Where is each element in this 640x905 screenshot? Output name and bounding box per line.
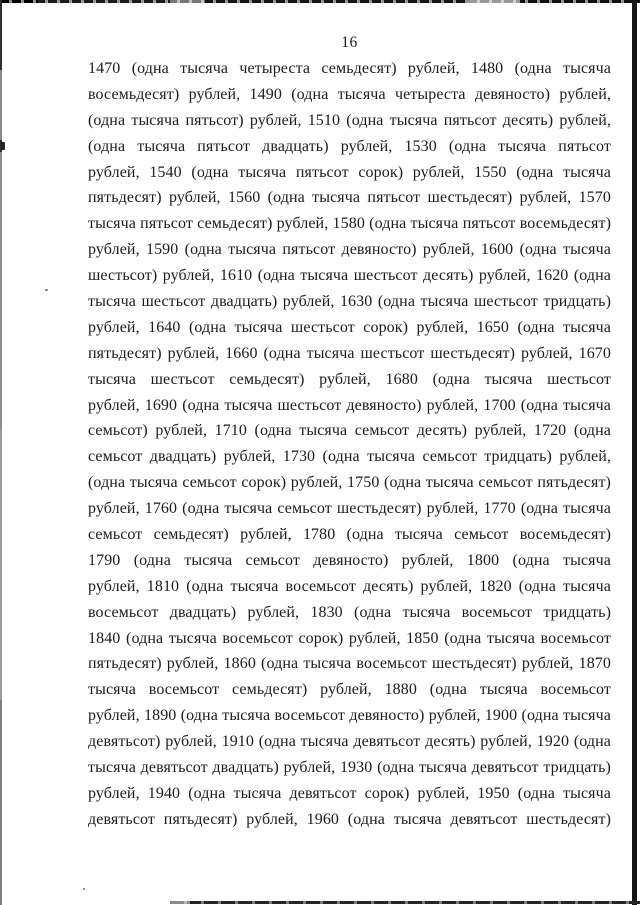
text-line: семьсот семьдесят) рублей, 1780 (одна ты…: [88, 522, 611, 548]
document-page: 16 1470 (одна тысяча четыреста семьдесят…: [0, 0, 640, 905]
scan-blemish: [0, 142, 5, 150]
text-line: рублей, 1540 (одна тысяча пятьсот сорок)…: [88, 160, 611, 186]
text-line: пятьдесят) рублей, 1560 (одна тысяча пят…: [88, 185, 611, 211]
text-line: семьсот двадцать) рублей, 1730 (одна тыс…: [88, 444, 611, 470]
text-line: пятьдесят) рублей, 1660 (одна тысяча шес…: [88, 341, 611, 367]
body-text: 1470 (одна тысяча четыреста семьдесят) р…: [88, 56, 611, 833]
text-line: (одна тысяча семьсот сорок) рублей, 1750…: [88, 470, 611, 496]
text-line: тысяча шестьсот семьдесят) рублей, 1680 …: [88, 367, 611, 393]
scan-speck: [45, 289, 48, 291]
text-line: рублей, 1890 (одна тысяча восемьсот девя…: [88, 703, 611, 729]
text-line: 1840 (одна тысяча восемьсот сорок) рубле…: [88, 626, 611, 652]
text-line: рублей, 1690 (одна тысяча шестьсот девян…: [88, 393, 611, 419]
text-line: тысяча шестьсот двадцать) рублей, 1630 (…: [88, 289, 611, 315]
text-line: пятьдесят) рублей, 1860 (одна тысяча вос…: [88, 651, 611, 677]
scan-speck: [83, 888, 85, 890]
text-line: девятьсот) рублей, 1910 (одна тысяча дев…: [88, 729, 611, 755]
text-line: восемьсот двадцать) рублей, 1830 (одна т…: [88, 600, 611, 626]
text-line: девятьсот пятьдесят) рублей, 1960 (одна …: [88, 807, 611, 833]
text-line: шестьсот) рублей, 1610 (одна тысяча шест…: [88, 263, 611, 289]
text-line: тысяча девятьсот двадцать) рублей, 1930 …: [88, 755, 611, 781]
scan-edge-right: [632, 0, 637, 905]
text-line: 1790 (одна тысяча семьсот девяносто) руб…: [88, 548, 611, 574]
scan-edge-bottom: [170, 901, 640, 904]
text-line: (одна тысяча пятьсот) рублей, 1510 (одна…: [88, 108, 611, 134]
text-line: тысяча восемьсот семьдесят) рублей, 1880…: [88, 677, 611, 703]
text-line: семьсот) рублей, 1710 (одна тысяча семьс…: [88, 418, 611, 444]
text-line: тысяча пятьсот семьдесят) рублей, 1580 (…: [88, 211, 611, 237]
text-line: рублей, 1810 (одна тысяча восемьсот деся…: [88, 574, 611, 600]
text-line: рублей, 1590 (одна тысяча пятьсот девяно…: [88, 237, 611, 263]
scan-edge-left: [0, 0, 2, 905]
text-line: (одна тысяча пятьсот двадцать) рублей, 1…: [88, 134, 611, 160]
text-line: восемьдесят) рублей, 1490 (одна тысяча ч…: [88, 82, 611, 108]
text-line: рублей, 1640 (одна тысяча шестьсот сорок…: [88, 315, 611, 341]
text-line: 1470 (одна тысяча четыреста семьдесят) р…: [88, 56, 611, 82]
text-line: рублей, 1760 (одна тысяча семьсот шестьд…: [88, 496, 611, 522]
scan-edge-top: [0, 0, 640, 3]
text-line: рублей, 1940 (одна тысяча девятьсот соро…: [88, 781, 611, 807]
page-number: 16: [88, 33, 611, 53]
